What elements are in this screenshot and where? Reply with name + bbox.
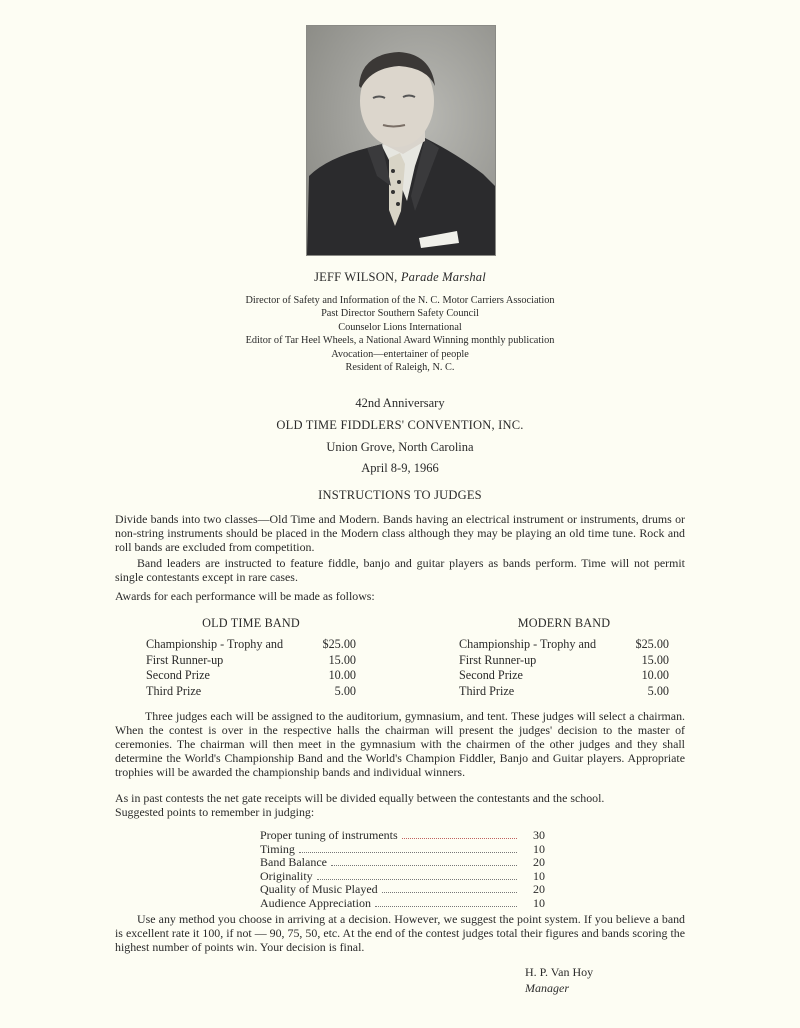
point-value: 10 [523, 843, 545, 857]
prize-row: Third Prize 5.00 [146, 684, 356, 700]
prize-row: Second Prize 10.00 [459, 668, 669, 684]
point-value: 10 [523, 870, 545, 884]
prize-amount: 15.00 [329, 653, 356, 669]
prize-label: Third Prize [459, 684, 514, 700]
point-value: 30 [523, 829, 545, 843]
prize-amount: 10.00 [642, 668, 669, 684]
portrait-photo [306, 25, 496, 256]
bio-line: Counselor Lions International [0, 321, 800, 334]
honoree-heading: JEFF WILSON, Parade Marshal [0, 270, 800, 285]
dot-leader [382, 892, 517, 893]
point-label: Originality [260, 870, 313, 884]
point-row: Audience Appreciation 10 [260, 897, 545, 911]
prize-label: First Runner-up [146, 653, 223, 669]
prize-label: Championship - Trophy and [459, 637, 596, 653]
paragraph-judges: Three judges each will be assigned to th… [115, 709, 685, 779]
instructions-heading: INSTRUCTIONS TO JUDGES [0, 488, 800, 503]
point-row: Band Balance 20 [260, 856, 545, 870]
paragraph-receipts-block: As in past contests the net gate receipt… [115, 791, 715, 819]
judging-points-list: Proper tuning of instruments 30 Timing 1… [260, 829, 545, 910]
prize-amount: 5.00 [648, 684, 669, 700]
prize-amount: $25.00 [635, 637, 669, 653]
bio-line: Director of Safety and Information of th… [0, 294, 800, 307]
dot-leader [375, 906, 517, 907]
awards-old-time-band: OLD TIME BAND Championship - Trophy and … [146, 616, 356, 699]
bio-line: Past Director Southern Safety Council [0, 307, 800, 320]
paragraph-band-leaders: Band leaders are instructed to feature f… [115, 556, 685, 584]
prize-amount: 5.00 [335, 684, 356, 700]
prize-amount: 10.00 [329, 668, 356, 684]
dot-leader [317, 879, 517, 880]
awards-modern-title: MODERN BAND [459, 616, 669, 631]
event-anniversary: 42nd Anniversary [0, 396, 800, 411]
portrait-illustration [307, 26, 495, 255]
point-row: Quality of Music Played 20 [260, 883, 545, 897]
prize-row: First Runner-up 15.00 [146, 653, 356, 669]
event-dates: April 8-9, 1966 [0, 461, 800, 476]
bio-line: Editor of Tar Heel Wheels, a National Aw… [0, 334, 800, 347]
dot-leader [402, 838, 517, 839]
prize-row: Championship - Trophy and $25.00 [146, 637, 356, 653]
prize-amount: $25.00 [322, 637, 356, 653]
point-value: 10 [523, 897, 545, 911]
point-label: Proper tuning of instruments [260, 829, 398, 843]
paragraph-receipts: As in past contests the net gate receipt… [115, 791, 715, 805]
point-label: Quality of Music Played [260, 883, 378, 897]
signature-title: Manager [525, 980, 593, 996]
bio-line: Avocation—entertainer of people [0, 348, 800, 361]
signature-name: H. P. Van Hoy [525, 964, 593, 980]
paragraph-awards-intro: Awards for each performance will be made… [115, 589, 685, 603]
prize-row: First Runner-up 15.00 [459, 653, 669, 669]
point-value: 20 [523, 883, 545, 897]
point-value: 20 [523, 856, 545, 870]
point-label: Audience Appreciation [260, 897, 371, 911]
prize-label: Championship - Trophy and [146, 637, 283, 653]
point-label: Timing [260, 843, 295, 857]
prize-row: Third Prize 5.00 [459, 684, 669, 700]
point-label: Band Balance [260, 856, 327, 870]
paragraph-band-classes: Divide bands into two classes—Old Time a… [115, 512, 685, 554]
prize-label: Second Prize [146, 668, 210, 684]
signature-block: H. P. Van Hoy Manager [525, 964, 593, 996]
dot-leader [299, 852, 517, 853]
point-row: Originality 10 [260, 870, 545, 884]
prize-label: Second Prize [459, 668, 523, 684]
paragraph-method: Use any method you choose in arriving at… [115, 912, 685, 954]
prize-label: Third Prize [146, 684, 201, 700]
honoree-bio: Director of Safety and Information of th… [0, 294, 800, 374]
bio-line: Resident of Raleigh, N. C. [0, 361, 800, 374]
prize-label: First Runner-up [459, 653, 536, 669]
prize-row: Second Prize 10.00 [146, 668, 356, 684]
event-location: Union Grove, North Carolina [0, 440, 800, 455]
point-row: Proper tuning of instruments 30 [260, 829, 545, 843]
event-name: OLD TIME FIDDLERS' CONVENTION, INC. [0, 418, 800, 433]
prize-amount: 15.00 [642, 653, 669, 669]
prize-row: Championship - Trophy and $25.00 [459, 637, 669, 653]
paragraph-points-intro: Suggested points to remember in judging: [115, 805, 715, 819]
point-row: Timing 10 [260, 843, 545, 857]
honoree-role: Parade Marshal [401, 270, 486, 284]
document-page: JEFF WILSON, Parade Marshal Director of … [0, 0, 800, 1028]
awards-old-time-title: OLD TIME BAND [146, 616, 356, 631]
dot-leader [331, 865, 517, 866]
awards-modern-band: MODERN BAND Championship - Trophy and $2… [459, 616, 669, 699]
honoree-name: JEFF WILSON, [314, 270, 397, 284]
